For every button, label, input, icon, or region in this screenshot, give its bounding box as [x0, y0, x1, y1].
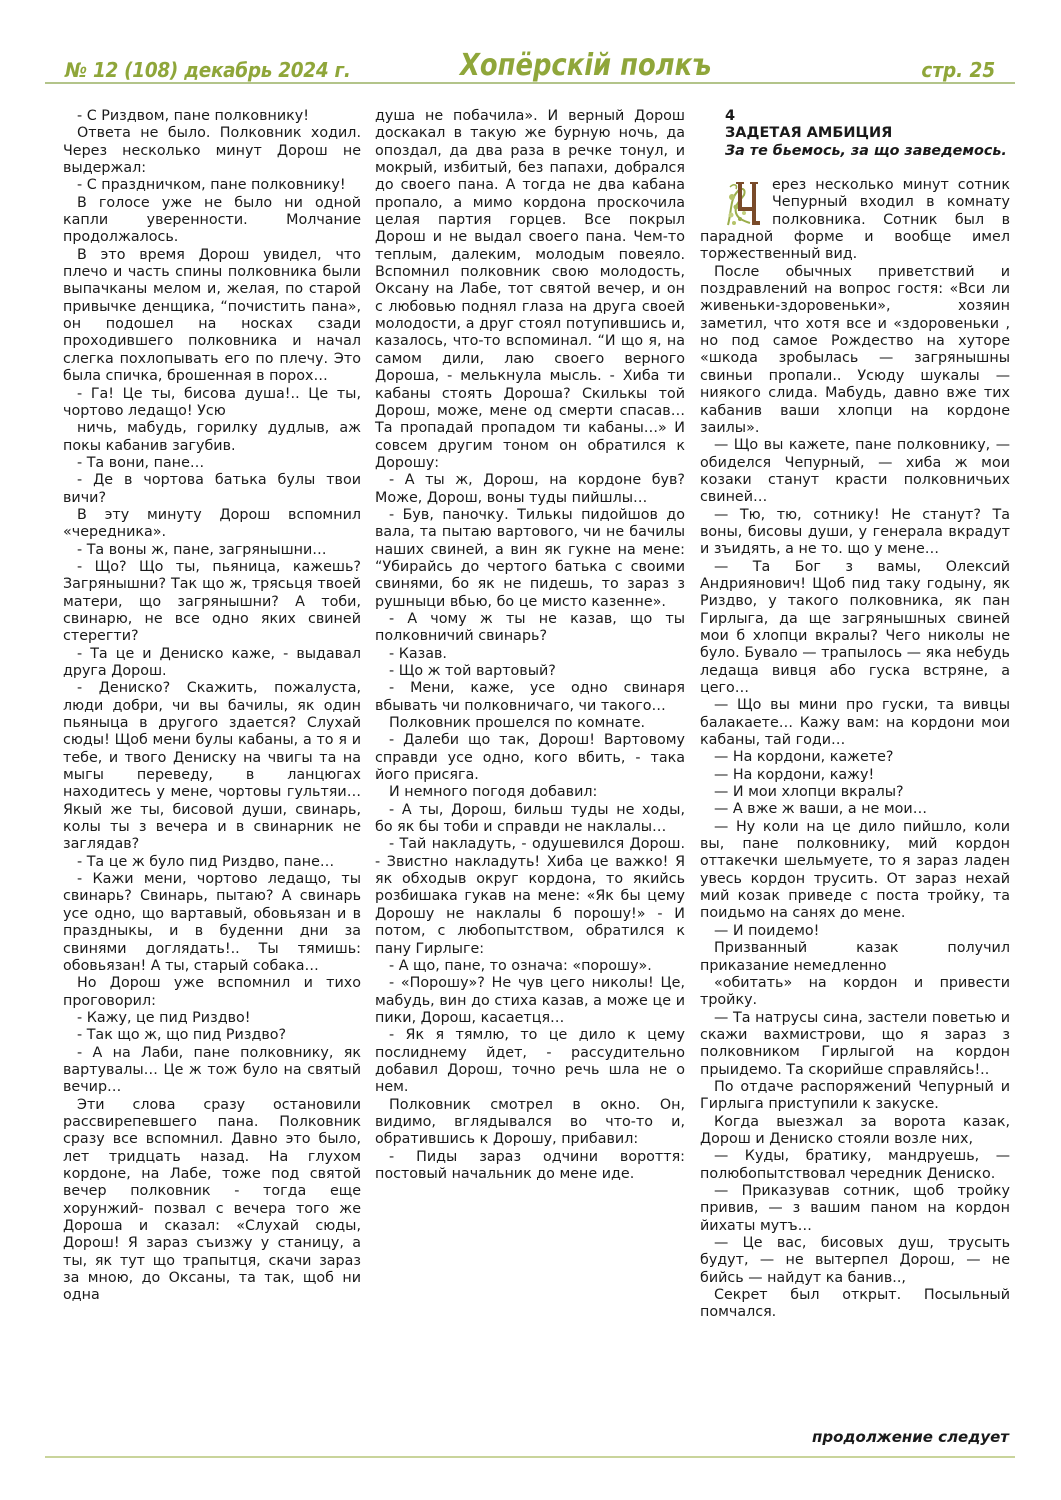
- paragraph: Призванный казак получил приказание неме…: [700, 940, 1010, 975]
- section-epigraph: За те бьемось, за що заведемось.: [700, 143, 1010, 160]
- paragraph: — И поидемо!: [700, 923, 1010, 940]
- paragraph: — Та натрусы сина, застели поветью и ска…: [700, 1010, 1010, 1079]
- paragraph: - Так що ж, що пид Риздво?: [63, 1027, 361, 1044]
- section-title: ЗАДЕТАЯ АМБИЦИЯ: [700, 125, 1010, 142]
- paragraph: — А вже ж ваши, а не мои…: [700, 801, 1010, 818]
- paragraph: - А на Лаби, пане полковнику, як вартува…: [63, 1045, 361, 1097]
- paragraph: «обитать» на кордон и привести тройку.: [700, 975, 1010, 1010]
- newspaper-title: Хопёрскій полкъ: [460, 48, 711, 83]
- paragraph: Эти слова сразу остановили рассвирепевше…: [63, 1097, 361, 1305]
- paragraph: — Тю, тю, сотнику! Не станут? Та воны, б…: [700, 507, 1010, 559]
- first-paragraph: ерез несколько минут сотник Чепурный вхо…: [700, 177, 1010, 264]
- paragraph: - Далеби що так, Дорош! Вартовому справд…: [375, 732, 685, 784]
- paragraph: - С Риздвом, пане полковнику!: [63, 108, 361, 125]
- paragraph: - Кажу, це пид Риздво!: [63, 1010, 361, 1027]
- paragraph: — Це вас, бисовых душ, трусыть будут, — …: [700, 1235, 1010, 1287]
- section-number: 4: [700, 108, 1010, 125]
- page-header: № 12 (108) декабрь 2024 г. Хопёрскій пол…: [45, 44, 1015, 84]
- text-column-1: - С Риздвом, пане полковнику! Ответа не …: [63, 108, 361, 1305]
- paragraph: - Був, паночку. Тилькы пидойшов до вала,…: [375, 507, 685, 611]
- paragraph: - Мени, каже, усе одно свинаря вбывать ч…: [375, 680, 685, 715]
- paragraph: - Дениско? Скажить, пожалуста, люди добр…: [63, 680, 361, 853]
- paragraph: - А ты ж, Дорош, на кордоне був? Може, Д…: [375, 472, 685, 507]
- paragraph: — Та Бог з вамы, Олексий Андриянович! Що…: [700, 559, 1010, 698]
- paragraph: - Де в чортова батька булы твои вичи?: [63, 472, 361, 507]
- paragraph: душа не побачила». И верный Дорош доскак…: [375, 108, 685, 472]
- paragraph: — Ну коли на це дило пийшло, коли вы, па…: [700, 819, 1010, 923]
- paragraph: - Казав.: [375, 646, 685, 663]
- paragraph: Полковник смотрел в окно. Он, видимо, вг…: [375, 1097, 685, 1149]
- continued-note: продолжение следует: [812, 1428, 1009, 1446]
- page-number: стр. 25: [921, 58, 995, 82]
- paragraph: Полковник прошелся по комнате.: [375, 715, 685, 732]
- footer-divider: [45, 1456, 1015, 1458]
- paragraph: — Приказував сотник, щоб тройку привив, …: [700, 1183, 1010, 1235]
- paragraph: По отдаче распоряжений Чепурный и Гирлыг…: [700, 1079, 1010, 1114]
- paragraph: И немного погодя добавил:: [375, 784, 685, 801]
- paragraph: Секрет был открыт. Посыльный помчался.: [700, 1287, 1010, 1322]
- paragraph: После обычных приветствий и поздравлений…: [700, 264, 1010, 437]
- paragraph: - С праздничком, пане полковнику!: [63, 177, 361, 194]
- paragraph: - Та це ж було пид Риздво, пане…: [63, 854, 361, 871]
- paragraph: Но Дорош уже вспомнил и тихо проговорил:: [63, 975, 361, 1010]
- paragraph: — Що вы кажете, пане полковнику, — обиде…: [700, 437, 1010, 506]
- paragraph: Когда выезжал за ворота казак, Дорош и Д…: [700, 1114, 1010, 1149]
- text-column-3: 4 ЗАДЕТАЯ АМБИЦИЯ За те бьемось, за що з…: [700, 108, 1010, 1322]
- paragraph: - Тай накладуть, - одушевился Дорош. - З…: [375, 836, 685, 957]
- paragraph: - Пиды зараз одчини вороття: постовый на…: [375, 1149, 685, 1184]
- paragraph: - Та це и Дениско каже, - выдавал друга …: [63, 646, 361, 681]
- paragraph: ничь, мабудь, горилку дудлыв, аж покы ка…: [63, 420, 361, 455]
- issue-number: № 12 (108) декабрь 2024 г.: [65, 58, 351, 82]
- paragraph: - Що? Що ты, пьяница, кажешь? Загрянышни…: [63, 559, 361, 646]
- paragraph: — На кордони, кажу!: [700, 767, 1010, 784]
- paragraph: - Як я тямлю, то це дило к цему послидне…: [375, 1027, 685, 1096]
- paragraph: В это время Дорош увидел, что плечо и ча…: [63, 247, 361, 386]
- ornamental-dropcap-icon: [724, 179, 764, 229]
- paragraph: Ответа не было. Полковник ходил. Через н…: [63, 125, 361, 177]
- paragraph: - А ты, Дорош, бильш туды не ходы, бо як…: [375, 802, 685, 837]
- paragraph: - «Порошу»? Не чув цего николы! Це, мабу…: [375, 975, 685, 1027]
- paragraph: — Куды, братику, мандруешь, — полюбопытс…: [700, 1148, 1010, 1183]
- paragraph: — На кордони, кажете?: [700, 749, 1010, 766]
- paragraph: - А чому ж ты не казав, що ты полковничи…: [375, 611, 685, 646]
- paragraph: - Що ж той вартовый?: [375, 663, 685, 680]
- paragraph: В голосе уже не было ни одной капли увер…: [63, 195, 361, 247]
- paragraph: - А що, пане, то означа: «порошу».: [375, 958, 685, 975]
- paragraph: - Кажи мени, чортово ледащо, ты свинарь?…: [63, 871, 361, 975]
- paragraph: - Га! Це ты, бисова душа!.. Це ты, чорто…: [63, 386, 361, 421]
- paragraph: - Та воны ж, пане, загрянышни…: [63, 542, 361, 559]
- text-column-2: душа не побачила». И верный Дорош доскак…: [375, 108, 685, 1183]
- paragraph: В эту минуту Дорош вспомнил «чередника».: [63, 507, 361, 542]
- paragraph: — Що вы мини про гуски, та вивцы балакае…: [700, 697, 1010, 749]
- paragraph: — И мои хлопци вкралы?: [700, 784, 1010, 801]
- paragraph: - Та вони, пане…: [63, 455, 361, 472]
